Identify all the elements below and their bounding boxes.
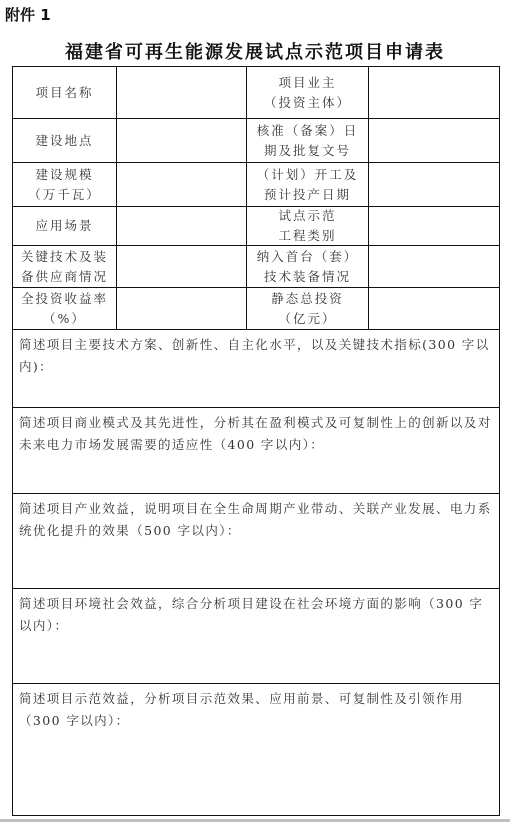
label-total-investment: 静态总投资 （亿元） <box>247 288 369 329</box>
field-location[interactable] <box>117 119 247 162</box>
field-total-investment[interactable] <box>369 288 499 329</box>
row-scale: 建设规模 （万千瓦） （计划）开工及 预计投产日期 <box>12 162 500 206</box>
label-return-rate: 全投资收益率 （%） <box>13 288 117 329</box>
field-start-date[interactable] <box>369 163 499 206</box>
field-project-owner[interactable] <box>369 67 499 118</box>
field-project-category[interactable] <box>369 207 499 245</box>
prompt-tech-plan: 简述项目主要技术方案、创新性、自主化水平，以及关键技术指标(300 字以内)： <box>19 337 490 374</box>
section-business-model[interactable]: 简述项目商业模式及其先进性，分析其在盈利模式及可复制性上的创新以及对未来电力市场… <box>12 407 500 493</box>
field-scale[interactable] <box>117 163 247 206</box>
label-scale: 建设规模 （万千瓦） <box>13 163 117 206</box>
section-demo-benefit[interactable]: 简述项目示范效益，分析项目示范效果、应用前景、可复制性及引领作用（300 字以内… <box>12 683 500 816</box>
prompt-industry-benefit: 简述项目产业效益，说明项目在全生命周期产业带动、关联产业发展、电力系统优化提升的… <box>19 501 492 538</box>
row-project-name: 项目名称 项目业主 （投资主体） <box>12 66 500 118</box>
label-approval-date: 核准（备案）日 期及批复文号 <box>247 119 369 162</box>
attachment-label: 附件 1 <box>5 4 51 25</box>
label-key-tech: 关键技术及装 备供应商情况 <box>13 246 117 287</box>
row-key-tech: 关键技术及装 备供应商情况 纳入首台（套） 技术装备情况 <box>12 245 500 287</box>
label-first-set: 纳入首台（套） 技术装备情况 <box>247 246 369 287</box>
prompt-business-model: 简述项目商业模式及其先进性，分析其在盈利模式及可复制性上的创新以及对未来电力市场… <box>19 415 492 452</box>
prompt-demo-benefit: 简述项目示范效益，分析项目示范效果、应用前景、可复制性及引领作用（300 字以内… <box>19 691 464 728</box>
row-scenario: 应用场景 试点示范 工程类别 <box>12 206 500 245</box>
row-location: 建设地点 核准（备案）日 期及批复文号 <box>12 118 500 162</box>
field-return-rate[interactable] <box>117 288 247 329</box>
label-scenario: 应用场景 <box>13 207 117 245</box>
field-project-name[interactable] <box>117 67 247 118</box>
label-project-category: 试点示范 工程类别 <box>247 207 369 245</box>
label-project-owner: 项目业主 （投资主体） <box>247 67 369 118</box>
field-key-tech[interactable] <box>117 246 247 287</box>
section-industry-benefit[interactable]: 简述项目产业效益，说明项目在全生命周期产业带动、关联产业发展、电力系统优化提升的… <box>12 493 500 588</box>
label-project-name: 项目名称 <box>13 67 117 118</box>
row-investment: 全投资收益率 （%） 静态总投资 （亿元） <box>12 287 500 329</box>
section-tech-plan[interactable]: 简述项目主要技术方案、创新性、自主化水平，以及关键技术指标(300 字以内)： <box>12 329 500 407</box>
application-form-table: 项目名称 项目业主 （投资主体） 建设地点 核准（备案）日 期及批复文号 建设规… <box>12 66 500 816</box>
field-scenario[interactable] <box>117 207 247 245</box>
section-social-benefit[interactable]: 简述项目环境社会效益，综合分析项目建设在社会环境方面的影响（300 字以内）： <box>12 588 500 683</box>
label-location: 建设地点 <box>13 119 117 162</box>
field-first-set[interactable] <box>369 246 499 287</box>
label-start-date: （计划）开工及 预计投产日期 <box>247 163 369 206</box>
form-title: 福建省可再生能源发展试点示范项目申请表 <box>0 38 510 64</box>
prompt-social-benefit: 简述项目环境社会效益，综合分析项目建设在社会环境方面的影响（300 字以内）： <box>19 596 483 633</box>
field-approval-date[interactable] <box>369 119 499 162</box>
